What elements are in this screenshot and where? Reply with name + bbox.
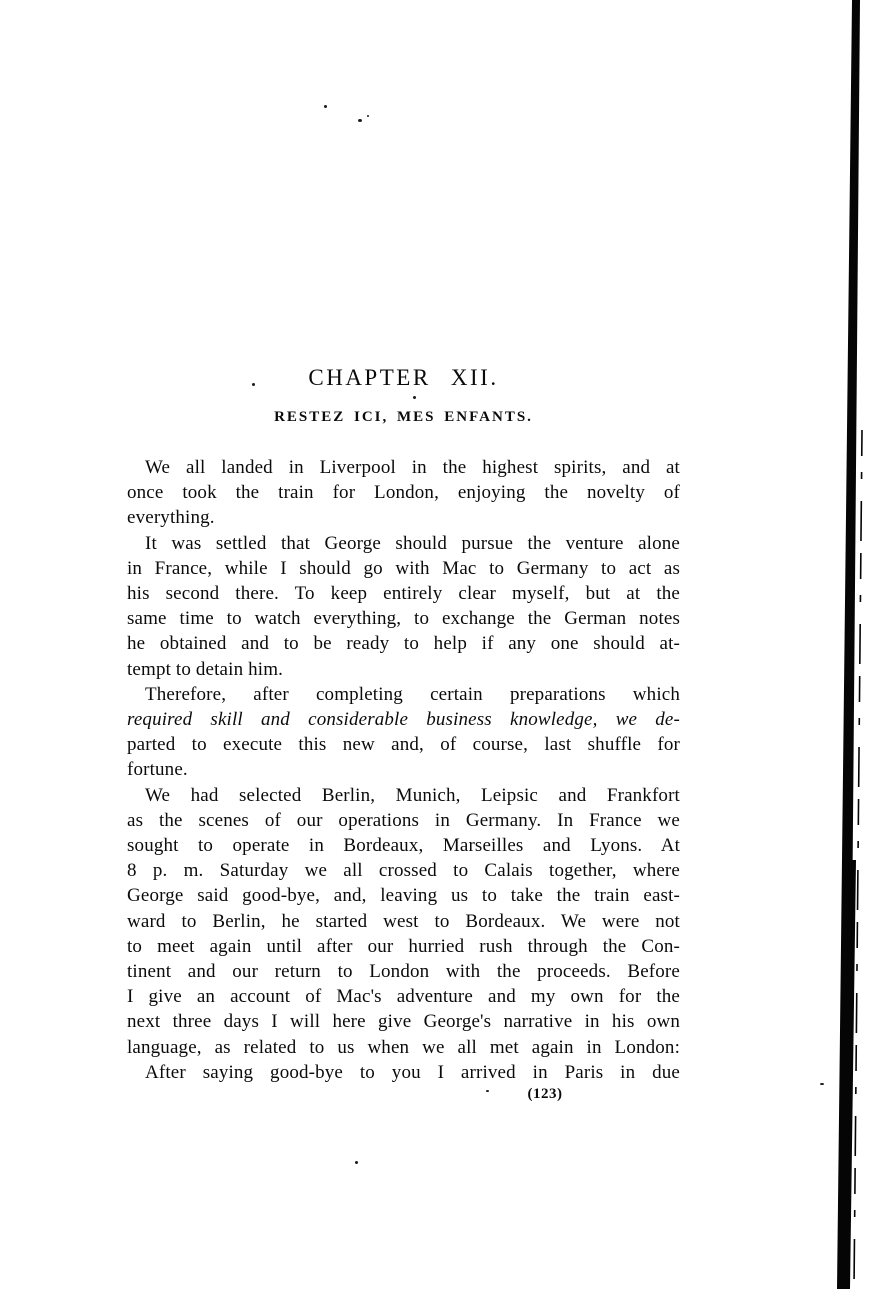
text-line: tempt to detain him. [127,657,680,682]
page-number: (123) [495,1086,595,1103]
text-line: next three days I will here give George'… [127,1009,680,1034]
text-line: We all landed in Liverpool in the highes… [127,455,680,480]
scan-speck [358,119,362,122]
text-line: fortune. [127,757,680,782]
text-line: ward to Berlin, he started west to Borde… [127,909,680,934]
scan-speck [355,1161,358,1164]
text-line: in France, while I should go with Mac to… [127,556,680,581]
text-line: language, as related to us when we all m… [127,1035,680,1060]
paragraph: Therefore, after completing certain prep… [127,682,680,783]
text-line: he obtained and to be ready to help if a… [127,631,680,656]
text-line: once took the train for London, enjoying… [127,480,680,505]
text-line: sought to operate in Bordeaux, Marseille… [127,833,680,858]
text-line: everything. [127,505,680,530]
text-line: his second there. To keep entirely clear… [127,581,680,606]
paragraph: After saying good-bye to you I arrived i… [127,1060,680,1085]
chapter-subtitle: RESTEZ ICI, MES ENFANTS. [127,408,680,426]
scan-speck [252,383,255,386]
text-line: required skill and considerable business… [127,707,680,732]
text-line: tinent and our return to London with the… [127,959,680,984]
text-line: George said good-bye, and, leaving us to… [127,883,680,908]
paragraph: We all landed in Liverpool in the highes… [127,455,680,531]
text-line: to meet again until after our hurried ru… [127,934,680,959]
scan-speck [367,115,369,117]
scan-speck [413,396,416,399]
scan-speck [820,1083,824,1085]
text-line: same time to watch everything, to exchan… [127,606,680,631]
text-line: 8 p. m. Saturday we all crossed to Calai… [127,858,680,883]
scan-speck [324,105,327,108]
text-line: After saying good-bye to you I arrived i… [127,1060,680,1085]
chapter-title: CHAPTER XII. [127,364,680,391]
text-line: It was settled that George should pursue… [127,531,680,556]
page-text-block: CHAPTER XII. RESTEZ ICI, MES ENFANTS. We… [127,364,680,1085]
text-line: I give an account of Mac's adventure and… [127,984,680,1009]
scan-speck [486,1090,489,1092]
paragraph: It was settled that George should pursue… [127,531,680,682]
text-line: as the scenes of our operations in Germa… [127,808,680,833]
page-text: We all landed in Liverpool in the highes… [127,455,680,1085]
paragraph: We had selected Berlin, Munich, Leipsic … [127,783,680,1060]
book-page: CHAPTER XII. RESTEZ ICI, MES ENFANTS. We… [0,0,870,1289]
text-line: We had selected Berlin, Munich, Leipsic … [127,783,680,808]
text-line: Therefore, after completing certain prep… [127,682,680,707]
text-line: parted to execute this new and, of cours… [127,732,680,757]
